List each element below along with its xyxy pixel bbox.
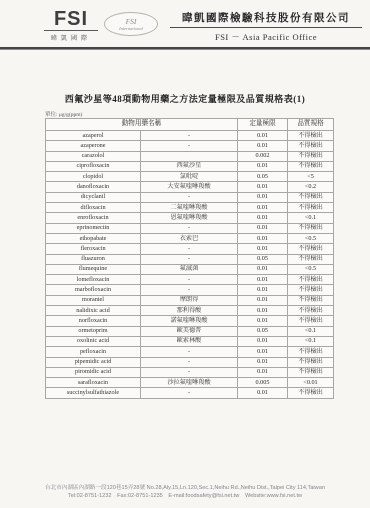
drug-name-en-cell: ethopabate bbox=[46, 233, 141, 243]
drug-name-zh-cell: - bbox=[141, 131, 238, 141]
spec-value-cell: <0.01 bbox=[288, 378, 334, 388]
drug-name-en-cell: oxolinic acid bbox=[46, 336, 141, 346]
loq-value-cell: 0.01 bbox=[238, 264, 288, 274]
loq-value-cell: 0.01 bbox=[238, 131, 288, 141]
table-row: dicyclanil - 0.01 不得檢出 bbox=[46, 192, 334, 202]
loq-value-cell: 0.01 bbox=[238, 336, 288, 346]
loq-value-cell: 0.01 bbox=[238, 203, 288, 213]
drug-name-en-cell: difloxacin bbox=[46, 203, 141, 213]
loq-value-cell: 0.05 bbox=[238, 254, 288, 264]
loq-value-cell: 0.01 bbox=[238, 357, 288, 367]
loq-value-cell: 0.01 bbox=[238, 141, 288, 151]
loq-value-cell: 0.01 bbox=[238, 285, 288, 295]
spec-value-cell: 不得檢出 bbox=[288, 295, 334, 305]
drug-name-zh-cell bbox=[141, 151, 238, 161]
loq-value-cell: 0.01 bbox=[238, 275, 288, 285]
drug-name-en-cell: norfloxacin bbox=[46, 316, 141, 326]
drug-name-en-cell: marbofloxacin bbox=[46, 285, 141, 295]
spec-value-cell: 不得檢出 bbox=[288, 357, 334, 367]
drug-name-en-cell: danofloxacin bbox=[46, 182, 141, 192]
drug-name-en-cell: fleroxacin bbox=[46, 244, 141, 254]
office-name: FSI － Asia Pacific Office bbox=[170, 31, 362, 43]
drug-table-body: azaperol - 0.01 不得檢出 azaperone - 0.01 不得… bbox=[46, 131, 334, 399]
loq-value-cell: 0.05 bbox=[238, 172, 288, 182]
loq-value-cell: 0.002 bbox=[238, 151, 288, 161]
loq-value-cell: 0.01 bbox=[238, 192, 288, 202]
table-header-row: 動物用藥名稱 定量極限 品質規格 bbox=[46, 119, 334, 131]
column-header-drug-name: 動物用藥名稱 bbox=[46, 119, 238, 131]
drug-name-en-cell: azaperol bbox=[46, 131, 141, 141]
fsi-logo: FSI 暐凱國際 bbox=[44, 9, 98, 42]
loq-value-cell: 0.01 bbox=[238, 347, 288, 357]
drug-name-zh-cell: 氯吡啶 bbox=[141, 172, 238, 182]
drug-name-zh-cell: - bbox=[141, 244, 238, 254]
drug-name-en-cell: eprinomectin bbox=[46, 223, 141, 233]
drug-name-en-cell: carazolol bbox=[46, 151, 141, 161]
spec-value-cell: 不得檢出 bbox=[288, 275, 334, 285]
spec-value-cell: <0.1 bbox=[288, 213, 334, 223]
report-header: FSI 暐凱國際 FSI International 暐凱國際檢驗科技股份有限公… bbox=[0, 0, 370, 47]
drug-name-zh-cell: 氟滅菌 bbox=[141, 264, 238, 274]
drug-name-en-cell: pipemidic acid bbox=[46, 357, 141, 367]
spec-value-cell: 不得檢出 bbox=[288, 316, 334, 326]
header-divider bbox=[0, 47, 370, 50]
table-row: fluazuron - 0.05 不得檢出 bbox=[46, 254, 334, 264]
footer-address: 台北市內湖區內湖路一段120巷15弄28號 No.28,Aly.15,Ln.12… bbox=[0, 484, 370, 492]
spec-value-cell: <0.5 bbox=[288, 233, 334, 243]
spec-value-cell: 不得檢出 bbox=[288, 285, 334, 295]
footer-contact: Tel:02-8751-1232 Fax:02-8751-1235 E-mail… bbox=[0, 492, 370, 500]
table-row: oxolinic acid 歐索林酸 0.01 <0.1 bbox=[46, 336, 334, 346]
stamp-text-international: International bbox=[119, 26, 143, 31]
table-row: norfloxacin 諾氟喹啉羧酸 0.01 不得檢出 bbox=[46, 316, 334, 326]
drug-name-en-cell: enrofloxacin bbox=[46, 213, 141, 223]
spec-value-cell: 不得檢出 bbox=[288, 203, 334, 213]
spec-value-cell: 不得檢出 bbox=[288, 131, 334, 141]
drug-name-en-cell: pefloxacin bbox=[46, 347, 141, 357]
loq-value-cell: 0.005 bbox=[238, 378, 288, 388]
table-row: enrofloxacin 恩氟喹啉羧酸 0.01 <0.1 bbox=[46, 213, 334, 223]
spec-value-cell: <0.2 bbox=[288, 182, 334, 192]
report-footer: 台北市內湖區內湖路一段120巷15弄28號 No.28,Aly.15,Ln.12… bbox=[0, 484, 370, 500]
drug-name-en-cell: ciprofloxacin bbox=[46, 161, 141, 171]
drug-name-en-cell: flumequine bbox=[46, 264, 141, 274]
drug-name-en-cell: piromidic acid bbox=[46, 367, 141, 377]
company-block: 暐凱國際檢驗科技股份有限公司 FSI － Asia Pacific Office bbox=[170, 10, 362, 43]
table-row: ciprofloxacin 西氟沙星 0.01 不得檢出 bbox=[46, 161, 334, 171]
loq-value-cell: 0.01 bbox=[238, 213, 288, 223]
spec-value-cell: 不得檢出 bbox=[288, 151, 334, 161]
spec-value-cell: 不得檢出 bbox=[288, 388, 334, 398]
spec-value-cell: <0.1 bbox=[288, 336, 334, 346]
loq-value-cell: 0.01 bbox=[238, 316, 288, 326]
drug-name-en-cell: sarafloxacin bbox=[46, 378, 141, 388]
loq-value-cell: 0.01 bbox=[238, 233, 288, 243]
drug-name-en-cell: morantel bbox=[46, 295, 141, 305]
table-row: sarafloxacin 沙拉氟喹啉羧酸 0.005 <0.01 bbox=[46, 378, 334, 388]
stamp-text-fsi: FSI bbox=[126, 18, 137, 26]
spec-value-cell: 不得檢出 bbox=[288, 367, 334, 377]
spec-value-cell: 不得檢出 bbox=[288, 306, 334, 316]
drug-name-zh-cell: 歐索林酸 bbox=[141, 336, 238, 346]
table-row: morantel 摩朗得 0.01 不得檢出 bbox=[46, 295, 334, 305]
company-name: 暐凱國際檢驗科技股份有限公司 bbox=[170, 10, 362, 28]
drug-name-en-cell: nalidixic acid bbox=[46, 306, 141, 316]
page-title: 西氟沙星等48項動物用藥之方法定量極限及品質規格表(1) bbox=[0, 92, 370, 105]
table-row: lomefloxacin - 0.01 不得檢出 bbox=[46, 275, 334, 285]
spec-value-cell: <0.1 bbox=[288, 326, 334, 336]
table-row: pipemidic acid - 0.01 不得檢出 bbox=[46, 357, 334, 367]
table-row: danofloxacin 大安氟喹啉羧酸 0.01 <0.2 bbox=[46, 182, 334, 192]
table-row: fleroxacin - 0.01 不得檢出 bbox=[46, 244, 334, 254]
table-row: flumequine 氟滅菌 0.01 <0.5 bbox=[46, 264, 334, 274]
spec-value-cell: 不得檢出 bbox=[288, 192, 334, 202]
drug-name-en-cell: lomefloxacin bbox=[46, 275, 141, 285]
column-header-loq: 定量極限 bbox=[238, 119, 288, 131]
table-row: succinylsulfathiazole - 0.01 不得檢出 bbox=[46, 388, 334, 398]
loq-value-cell: 0.01 bbox=[238, 295, 288, 305]
unit-label: 單位: μg/g(ppm) bbox=[45, 110, 82, 118]
drug-name-zh-cell: - bbox=[141, 367, 238, 377]
fsi-logo-text: FSI bbox=[44, 9, 98, 29]
drug-name-en-cell: dicyclanil bbox=[46, 192, 141, 202]
drug-name-zh-cell: 那利得酸 bbox=[141, 306, 238, 316]
drug-name-zh-cell: 西氟沙星 bbox=[141, 161, 238, 171]
loq-value-cell: 0.01 bbox=[238, 182, 288, 192]
spec-value-cell: <0.5 bbox=[288, 264, 334, 274]
drug-name-zh-cell: - bbox=[141, 223, 238, 233]
drug-name-zh-cell: - bbox=[141, 192, 238, 202]
column-header-spec: 品質規格 bbox=[288, 119, 334, 131]
table-row: carazolol 0.002 不得檢出 bbox=[46, 151, 334, 161]
table-row: clopidol 氯吡啶 0.05 <5 bbox=[46, 172, 334, 182]
loq-value-cell: 0.01 bbox=[238, 367, 288, 377]
table-row: eprinomectin - 0.01 不得檢出 bbox=[46, 223, 334, 233]
drug-name-zh-cell: 衣索巴 bbox=[141, 233, 238, 243]
drug-name-en-cell: clopidol bbox=[46, 172, 141, 182]
loq-value-cell: 0.01 bbox=[238, 244, 288, 254]
spec-value-cell: 不得檢出 bbox=[288, 161, 334, 171]
table-row: ormetoprim 歐美德普 0.05 <0.1 bbox=[46, 326, 334, 336]
table-row: marbofloxacin - 0.01 不得檢出 bbox=[46, 285, 334, 295]
table-row: difloxacin 二氟喹啉羧酸 0.01 不得檢出 bbox=[46, 203, 334, 213]
drug-name-en-cell: ormetoprim bbox=[46, 326, 141, 336]
drug-name-zh-cell: 摩朗得 bbox=[141, 295, 238, 305]
drug-name-en-cell: succinylsulfathiazole bbox=[46, 388, 141, 398]
loq-value-cell: 0.05 bbox=[238, 326, 288, 336]
drug-name-zh-cell: - bbox=[141, 254, 238, 264]
spec-value-cell: <5 bbox=[288, 172, 334, 182]
table-row: azaperol - 0.01 不得檢出 bbox=[46, 131, 334, 141]
loq-value-cell: 0.01 bbox=[238, 306, 288, 316]
drug-name-zh-cell: 二氟喹啉羧酸 bbox=[141, 203, 238, 213]
drug-name-en-cell: azaperone bbox=[46, 141, 141, 151]
loq-value-cell: 0.01 bbox=[238, 161, 288, 171]
spec-value-cell: 不得檢出 bbox=[288, 244, 334, 254]
table-row: pefloxacin - 0.01 不得檢出 bbox=[46, 347, 334, 357]
drug-name-zh-cell: - bbox=[141, 285, 238, 295]
drug-name-zh-cell: - bbox=[141, 388, 238, 398]
spec-value-cell: 不得檢出 bbox=[288, 223, 334, 233]
drug-name-zh-cell: - bbox=[141, 357, 238, 367]
table-row: piromidic acid - 0.01 不得檢出 bbox=[46, 367, 334, 377]
drug-name-en-cell: fluazuron bbox=[46, 254, 141, 264]
table-row: nalidixic acid 那利得酸 0.01 不得檢出 bbox=[46, 306, 334, 316]
drug-name-zh-cell: 大安氟喹啉羧酸 bbox=[141, 182, 238, 192]
loq-value-cell: 0.01 bbox=[238, 388, 288, 398]
drug-name-zh-cell: 歐美德普 bbox=[141, 326, 238, 336]
drug-name-zh-cell: 諾氟喹啉羧酸 bbox=[141, 316, 238, 326]
drug-name-zh-cell: 沙拉氟喹啉羧酸 bbox=[141, 378, 238, 388]
drug-name-zh-cell: - bbox=[141, 141, 238, 151]
drug-name-zh-cell: 恩氟喹啉羧酸 bbox=[141, 213, 238, 223]
fsi-international-stamp: FSI International bbox=[104, 12, 158, 36]
drug-name-zh-cell: - bbox=[141, 275, 238, 285]
table-row: ethopabate 衣索巴 0.01 <0.5 bbox=[46, 233, 334, 243]
drug-limit-table: 動物用藥名稱 定量極限 品質規格 azaperol - 0.01 不得檢出 az… bbox=[45, 118, 334, 399]
spec-value-cell: 不得檢出 bbox=[288, 347, 334, 357]
loq-value-cell: 0.01 bbox=[238, 223, 288, 233]
spec-value-cell: 不得檢出 bbox=[288, 254, 334, 264]
fsi-logo-subtext: 暐凱國際 bbox=[44, 30, 98, 42]
spec-value-cell: 不得檢出 bbox=[288, 141, 334, 151]
table-row: azaperone - 0.01 不得檢出 bbox=[46, 141, 334, 151]
drug-name-zh-cell: - bbox=[141, 347, 238, 357]
